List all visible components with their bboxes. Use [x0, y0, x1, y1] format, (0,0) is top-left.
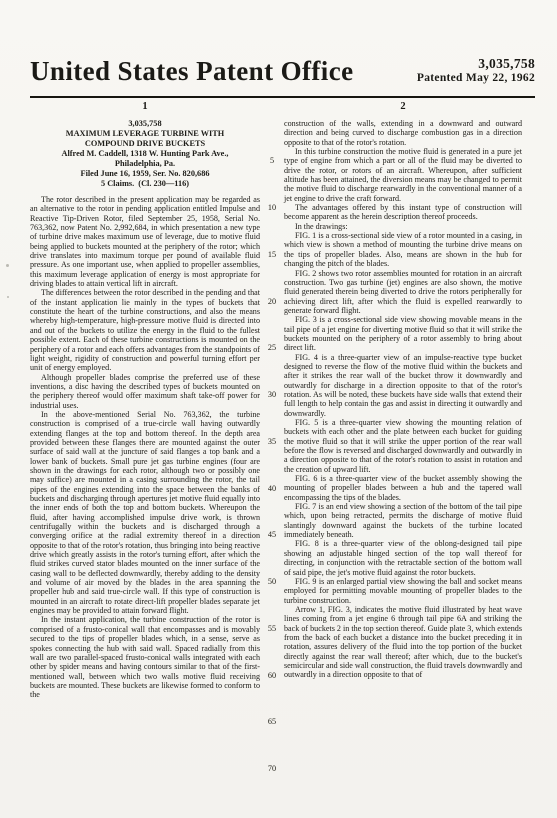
body-paragraph: Arrow 1, FIG. 3, indicates the motive fl… — [284, 605, 522, 680]
body-paragraph: FIG. 9 is an enlarged partial view showi… — [284, 577, 522, 605]
body-paragraph: FIG. 7 is an end view showing a section … — [284, 502, 522, 539]
line-number: 10 — [260, 203, 284, 212]
body-paragraph: FIG. 6 is a three-quarter view of the bu… — [284, 474, 522, 502]
line-number: 50 — [260, 577, 284, 586]
body-paragraph: FIG. 4 is a three-quarter view of an imp… — [284, 353, 522, 418]
heading-patent-number: 3,035,758 — [30, 119, 260, 129]
line-number: 25 — [260, 343, 284, 352]
column-2: construction of the walls, extending in … — [284, 119, 522, 680]
patent-number: 3,035,758 — [417, 56, 535, 71]
filed-line: Filed June 16, 1959, Ser. No. 820,686 — [30, 169, 260, 179]
body-paragraph: Although propeller blades comprise the p… — [30, 373, 260, 410]
body-paragraph: FIG. 2 shows two rotor assemblies mounte… — [284, 269, 522, 316]
header-rule — [30, 96, 535, 98]
body-paragraph: FIG. 8 is a three-quarter view of the ob… — [284, 539, 522, 576]
line-number: 30 — [260, 390, 284, 399]
body-paragraph: The differences between the rotor descri… — [30, 288, 260, 372]
body-paragraph: In the instant application, the turbine … — [30, 615, 260, 699]
body-paragraph: FIG. 1 is a cross-sectional side view of… — [284, 231, 522, 268]
column-1-paragraphs: The rotor described in the present appli… — [30, 195, 260, 700]
body-paragraph: In the drawings: — [284, 222, 522, 231]
line-number: 35 — [260, 437, 284, 446]
body-paragraph: The rotor described in the present appli… — [30, 195, 260, 288]
line-number: 5 — [260, 156, 284, 165]
invention-title-line-1: MAXIMUM LEVERAGE TURBINE WITH — [30, 129, 260, 139]
inventor-address-line-2: Philadelphia, Pa. — [30, 159, 260, 169]
line-number: 45 — [260, 530, 284, 539]
marker-gutter-spacer — [260, 101, 284, 113]
body-paragraph: In the above-mentioned Serial No. 763,36… — [30, 410, 260, 616]
line-number: 15 — [260, 250, 284, 259]
scan-speck — [7, 296, 9, 298]
column-1: 3,035,758 MAXIMUM LEVERAGE TURBINE WITH … — [30, 119, 260, 700]
line-number: 70 — [260, 764, 284, 773]
office-title: United States Patent Office — [30, 56, 353, 86]
patent-heading: 3,035,758 MAXIMUM LEVERAGE TURBINE WITH … — [30, 119, 260, 189]
body-paragraph: The advantages offered by this instant t… — [284, 203, 522, 222]
patent-page: United States Patent Office 3,035,758 Pa… — [0, 0, 557, 818]
line-number: 20 — [260, 297, 284, 306]
patent-date: Patented May 22, 1962 — [417, 71, 535, 85]
page-header: United States Patent Office 3,035,758 Pa… — [30, 56, 535, 86]
body-paragraph: FIG. 3 is a cross-sectional side view sh… — [284, 315, 522, 352]
column-1-marker: 1 — [30, 101, 260, 113]
invention-title-line-2: COMPOUND DRIVE BUCKETS — [30, 139, 260, 149]
column-markers: 1 2 — [30, 101, 522, 113]
claims-line: 5 Claims. (Cl. 230—116) — [30, 179, 260, 189]
document-body: 3,035,758 MAXIMUM LEVERAGE TURBINE WITH … — [30, 119, 522, 700]
line-number: 65 — [260, 717, 284, 726]
line-number-gutter: 510152025303540455055606570 — [260, 119, 284, 700]
inventor-address-line-1: Alfred M. Caddell, 1318 W. Hunting Park … — [30, 149, 260, 159]
column-2-marker: 2 — [284, 101, 522, 113]
body-paragraph: In this turbine construction the motive … — [284, 147, 522, 203]
patent-info: 3,035,758 Patented May 22, 1962 — [417, 56, 535, 86]
scan-speck — [6, 264, 9, 267]
line-number: 40 — [260, 484, 284, 493]
line-number: 55 — [260, 624, 284, 633]
body-paragraph: FIG. 5 is a three-quarter view showing t… — [284, 418, 522, 474]
body-paragraph: construction of the walls, extending in … — [284, 119, 522, 147]
line-number: 60 — [260, 671, 284, 680]
